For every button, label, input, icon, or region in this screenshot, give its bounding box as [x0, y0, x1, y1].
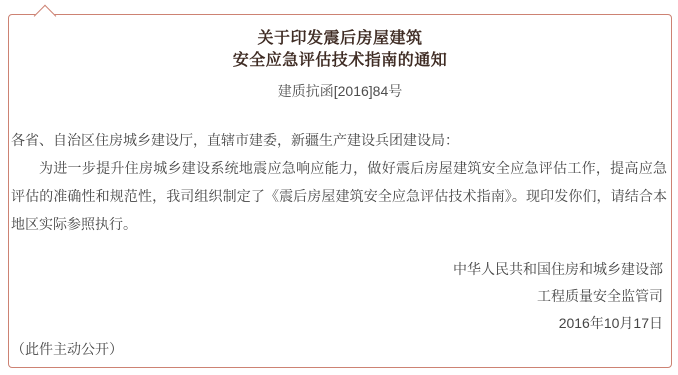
recipients-line: 各省、自治区住房城乡建设厅，直辖市建委，新疆生产建设兵团建设局：	[11, 126, 667, 154]
issuer-organization: 中华人民共和国住房和城乡建设部	[9, 256, 663, 283]
issuer-department: 工程质量安全监管司	[9, 283, 663, 310]
notice-body: 各省、自治区住房城乡建设厅，直辖市建委，新疆生产建设兵团建设局： 为进一步提升住…	[11, 126, 667, 238]
issue-date: 2016年10月17日	[9, 310, 663, 337]
notice-title-line1: 关于印发震后房屋建筑	[15, 28, 665, 50]
disclosure-note: （此件主动公开）	[11, 340, 671, 358]
document-number: 建质抗函[2016]84号	[9, 81, 671, 101]
notice-title-line2: 安全应急评估技术指南的通知	[15, 50, 665, 72]
notice-title: 关于印发震后房屋建筑 安全应急评估技术指南的通知	[15, 28, 665, 72]
signature-block: 中华人民共和国住房和城乡建设部 工程质量安全监管司 2016年10月17日	[9, 256, 663, 337]
callout-arrow-notch	[34, 5, 57, 28]
notice-body-paragraph: 为进一步提升住房城乡建设系统地震应急响应能力，做好震后房屋建筑安全应急评估工作，…	[11, 154, 667, 238]
notice-callout-panel: 关于印发震后房屋建筑 安全应急评估技术指南的通知 建质抗函[2016]84号 各…	[8, 14, 672, 368]
